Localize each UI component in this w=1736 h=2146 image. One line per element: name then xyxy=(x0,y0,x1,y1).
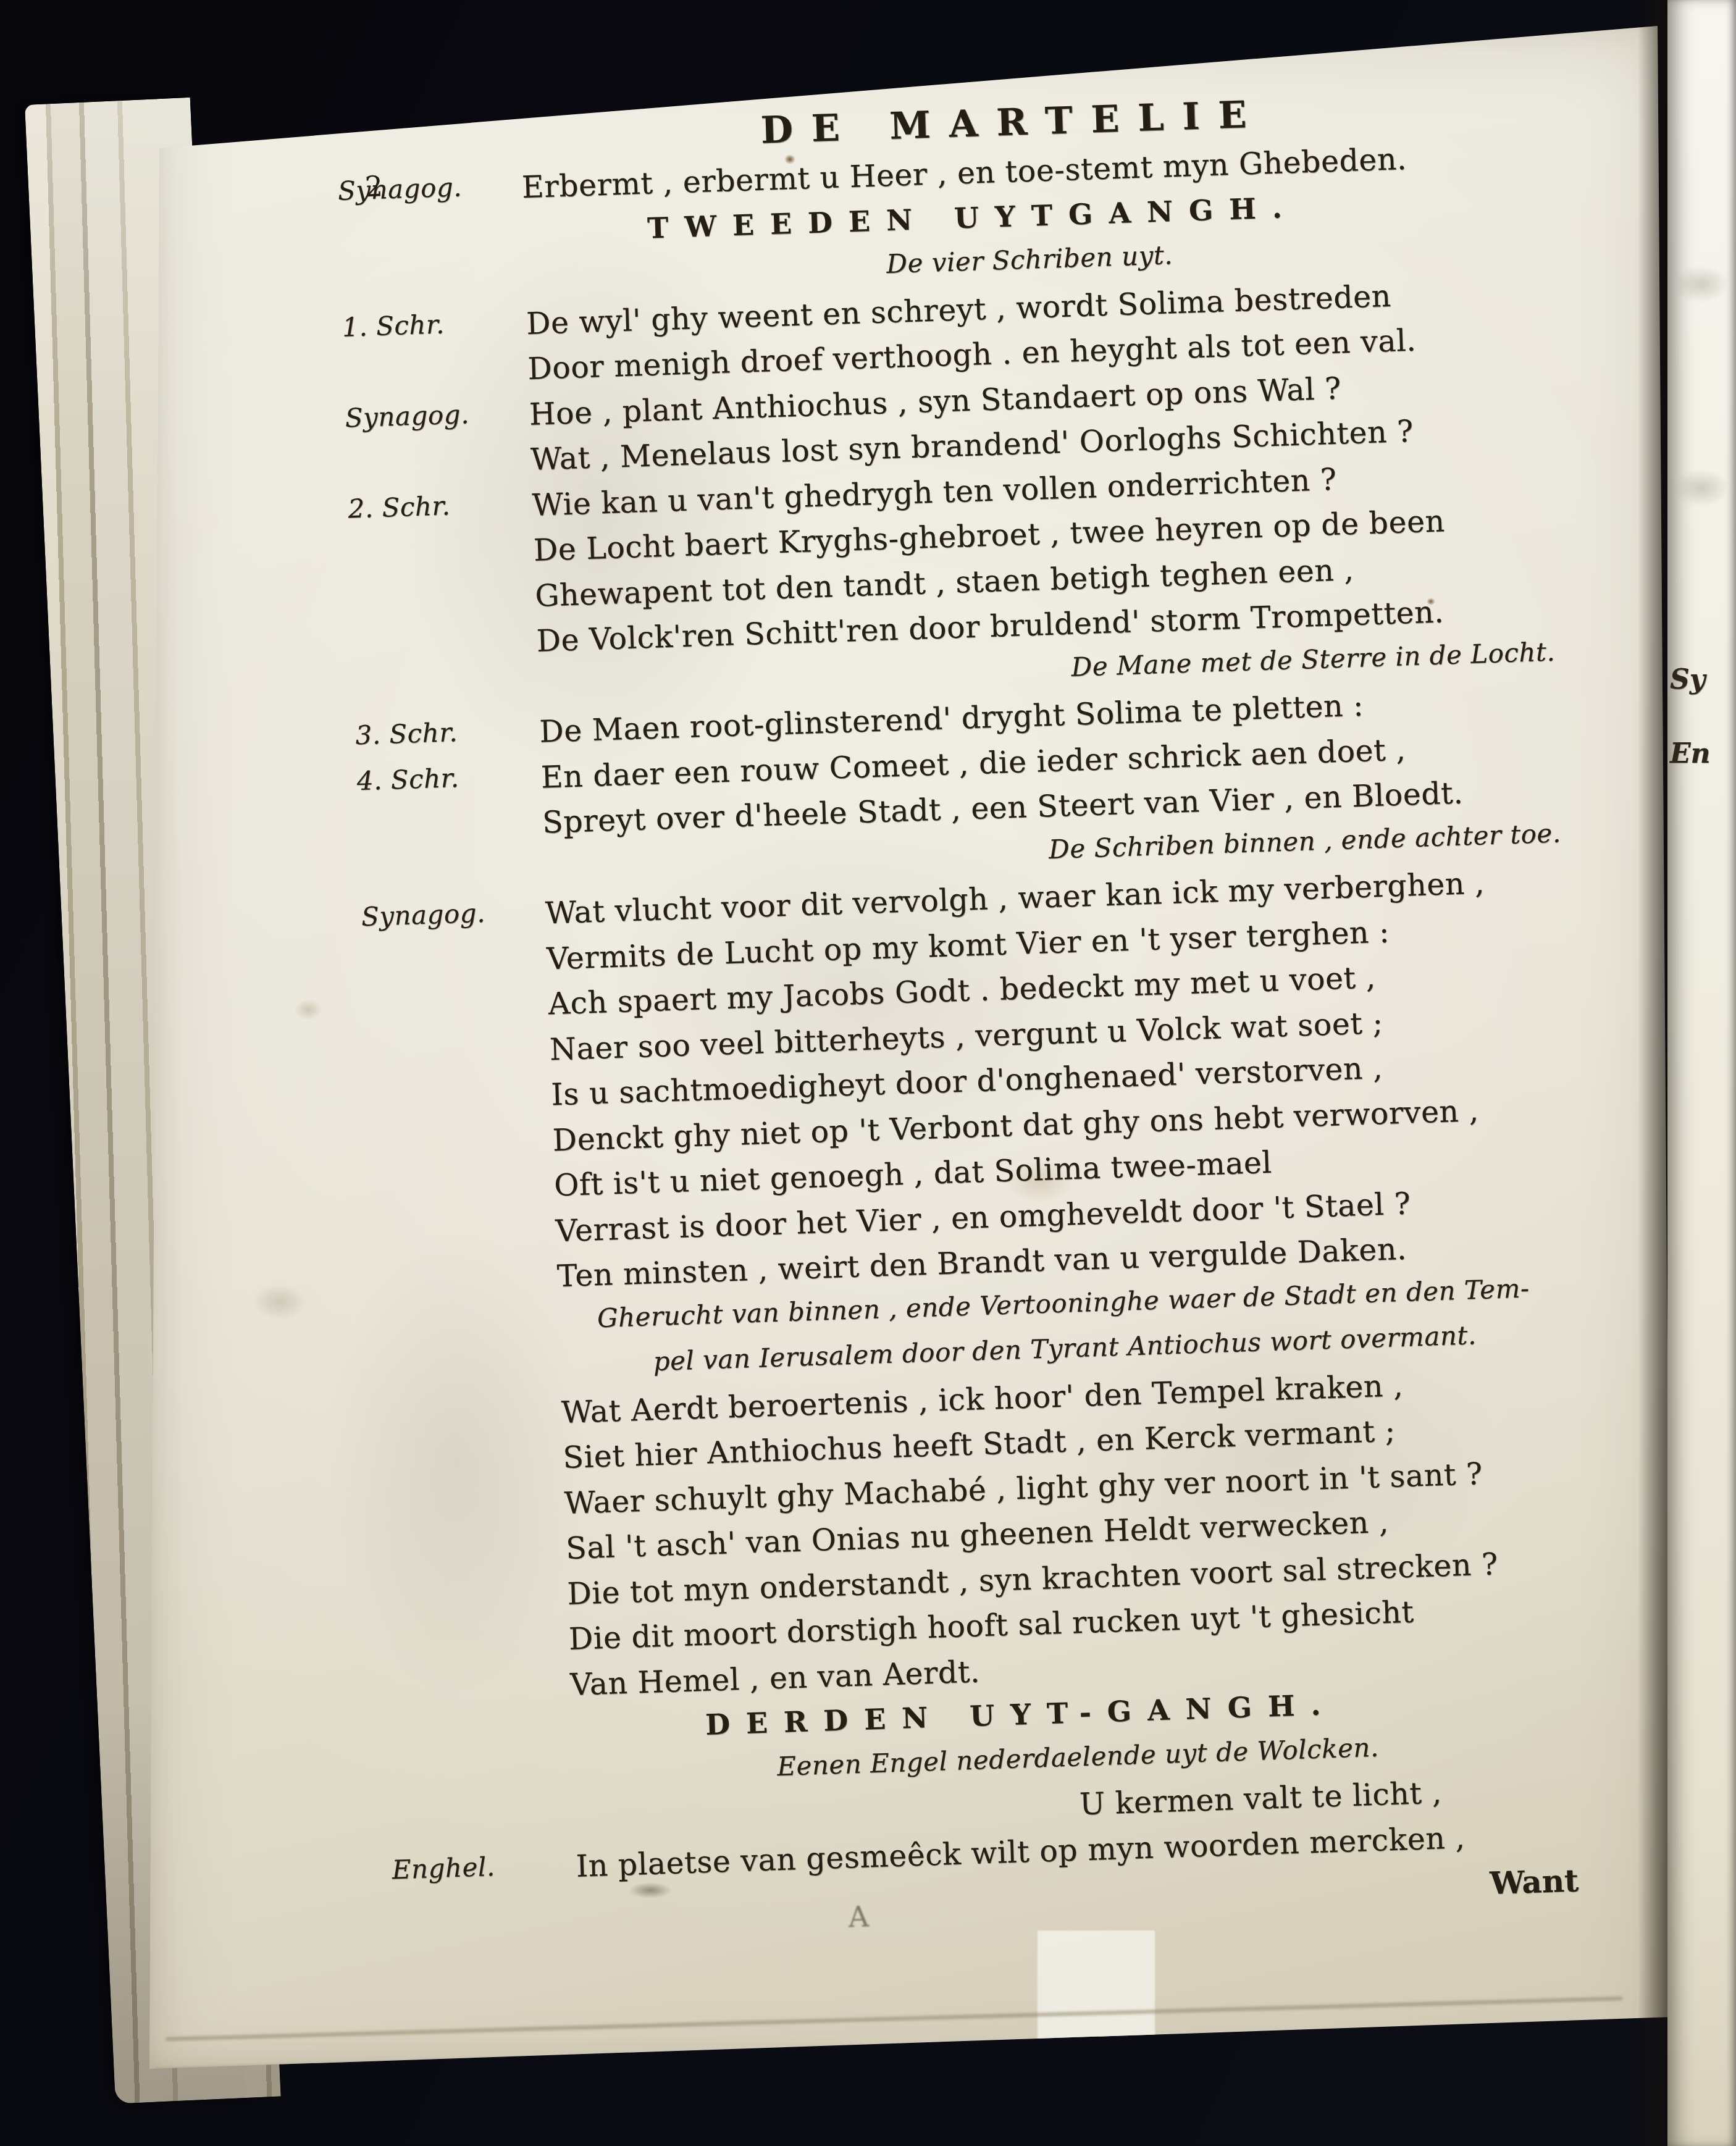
speaker-label: Synagog. xyxy=(337,172,462,206)
speaker-label: 4. Schr. xyxy=(356,762,459,795)
ink-showthrough-smudge xyxy=(1674,266,1729,303)
speaker-label: Enghel. xyxy=(392,1851,495,1884)
text-block: Synagog.Erbermt , erbermt u Heer , en to… xyxy=(312,1,1650,2110)
catchword: Want xyxy=(1489,1862,1579,1901)
printed-text-layer: 2 DE MARTELIE Synagog.Erbermt , erbermt … xyxy=(108,0,1706,2116)
speaker-label: 3. Schr. xyxy=(355,717,458,750)
line-text: pel van Ierusalem door den Tyrant Antioc… xyxy=(653,1320,1477,1377)
speaker-label: Synagog. xyxy=(361,898,485,932)
line-text: TWEEDEN UYTGANGH. xyxy=(647,190,1298,245)
book-photo: 2 DE MARTELIE Synagog.Erbermt , erbermt … xyxy=(0,0,1736,2146)
book-page: 2 DE MARTELIE Synagog.Erbermt , erbermt … xyxy=(141,23,1672,2092)
speaker-label: 1. Schr. xyxy=(342,309,445,342)
signature-mark: A xyxy=(848,1900,870,1934)
line-text: Eenen Engel nederdaelende uyt de Wolcken… xyxy=(777,1732,1380,1781)
speaker-label: Synagog. xyxy=(345,399,469,433)
line-text: U kermen valt te licht , xyxy=(1079,1775,1442,1822)
ink-showthrough-smudge xyxy=(1674,469,1729,506)
line-text: De Mane met de Sterre in de Locht. xyxy=(1071,636,1556,682)
line-text: De Schriben binnen , ende achter toe. xyxy=(1048,818,1561,865)
facing-page-edge: SyEn xyxy=(1667,0,1736,2146)
facing-page-text-fragment: Sy xyxy=(1670,664,1705,695)
facing-page-text-fragment: En xyxy=(1670,738,1711,769)
line-text: DERDEN UYT-GANGH. xyxy=(705,1688,1337,1742)
line-text: Van Hemel , en van Aerdt. xyxy=(569,1654,980,1702)
line-text: De vier Schriben uyt. xyxy=(886,240,1173,279)
speaker-label: 2. Schr. xyxy=(348,490,451,524)
